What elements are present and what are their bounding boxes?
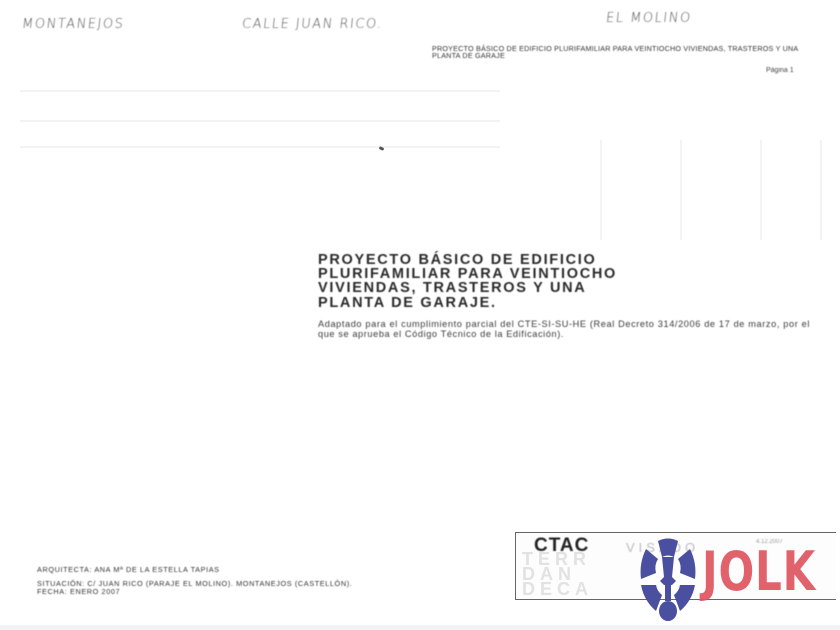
stamp-small-text [536, 565, 537, 571]
stamp-ghost-line: DECA [522, 579, 593, 600]
watermark-brand: JOLK [702, 543, 816, 601]
scan-bleed-through [0, 80, 840, 240]
watermark: JOLK [636, 537, 840, 622]
document-title: PROYECTO BÁSICO DE EDIFICIO PLURIFAMILIA… [318, 253, 778, 310]
handwritten-note-town: MONTANEJOS [21, 17, 125, 32]
scan-speck [379, 146, 385, 151]
handwritten-note-street: CALLE JUAN RICO. [241, 17, 383, 32]
scan-edge [0, 625, 840, 630]
document-subtitle: Adaptado para el cumplimiento parcial de… [318, 320, 810, 339]
footer-info: ARQUITECTA: ANA Mª de la ESTELLA TAPIAS … [37, 566, 477, 596]
handwritten-note-area: EL MOLINO [605, 11, 692, 26]
date-line: FECHA: ENERO 2007 [37, 588, 477, 596]
header-project-reference: PROYECTO BÁSICO DE EDIFICIO PLURIFAMILIA… [432, 45, 802, 60]
stamp-org: CTAC [534, 535, 589, 557]
page-label: Página 1 [766, 67, 794, 74]
architect-line: ARQUITECTA: ANA Mª de la ESTELLA TAPIAS [37, 566, 477, 574]
jolk-logo-icon [636, 537, 700, 623]
